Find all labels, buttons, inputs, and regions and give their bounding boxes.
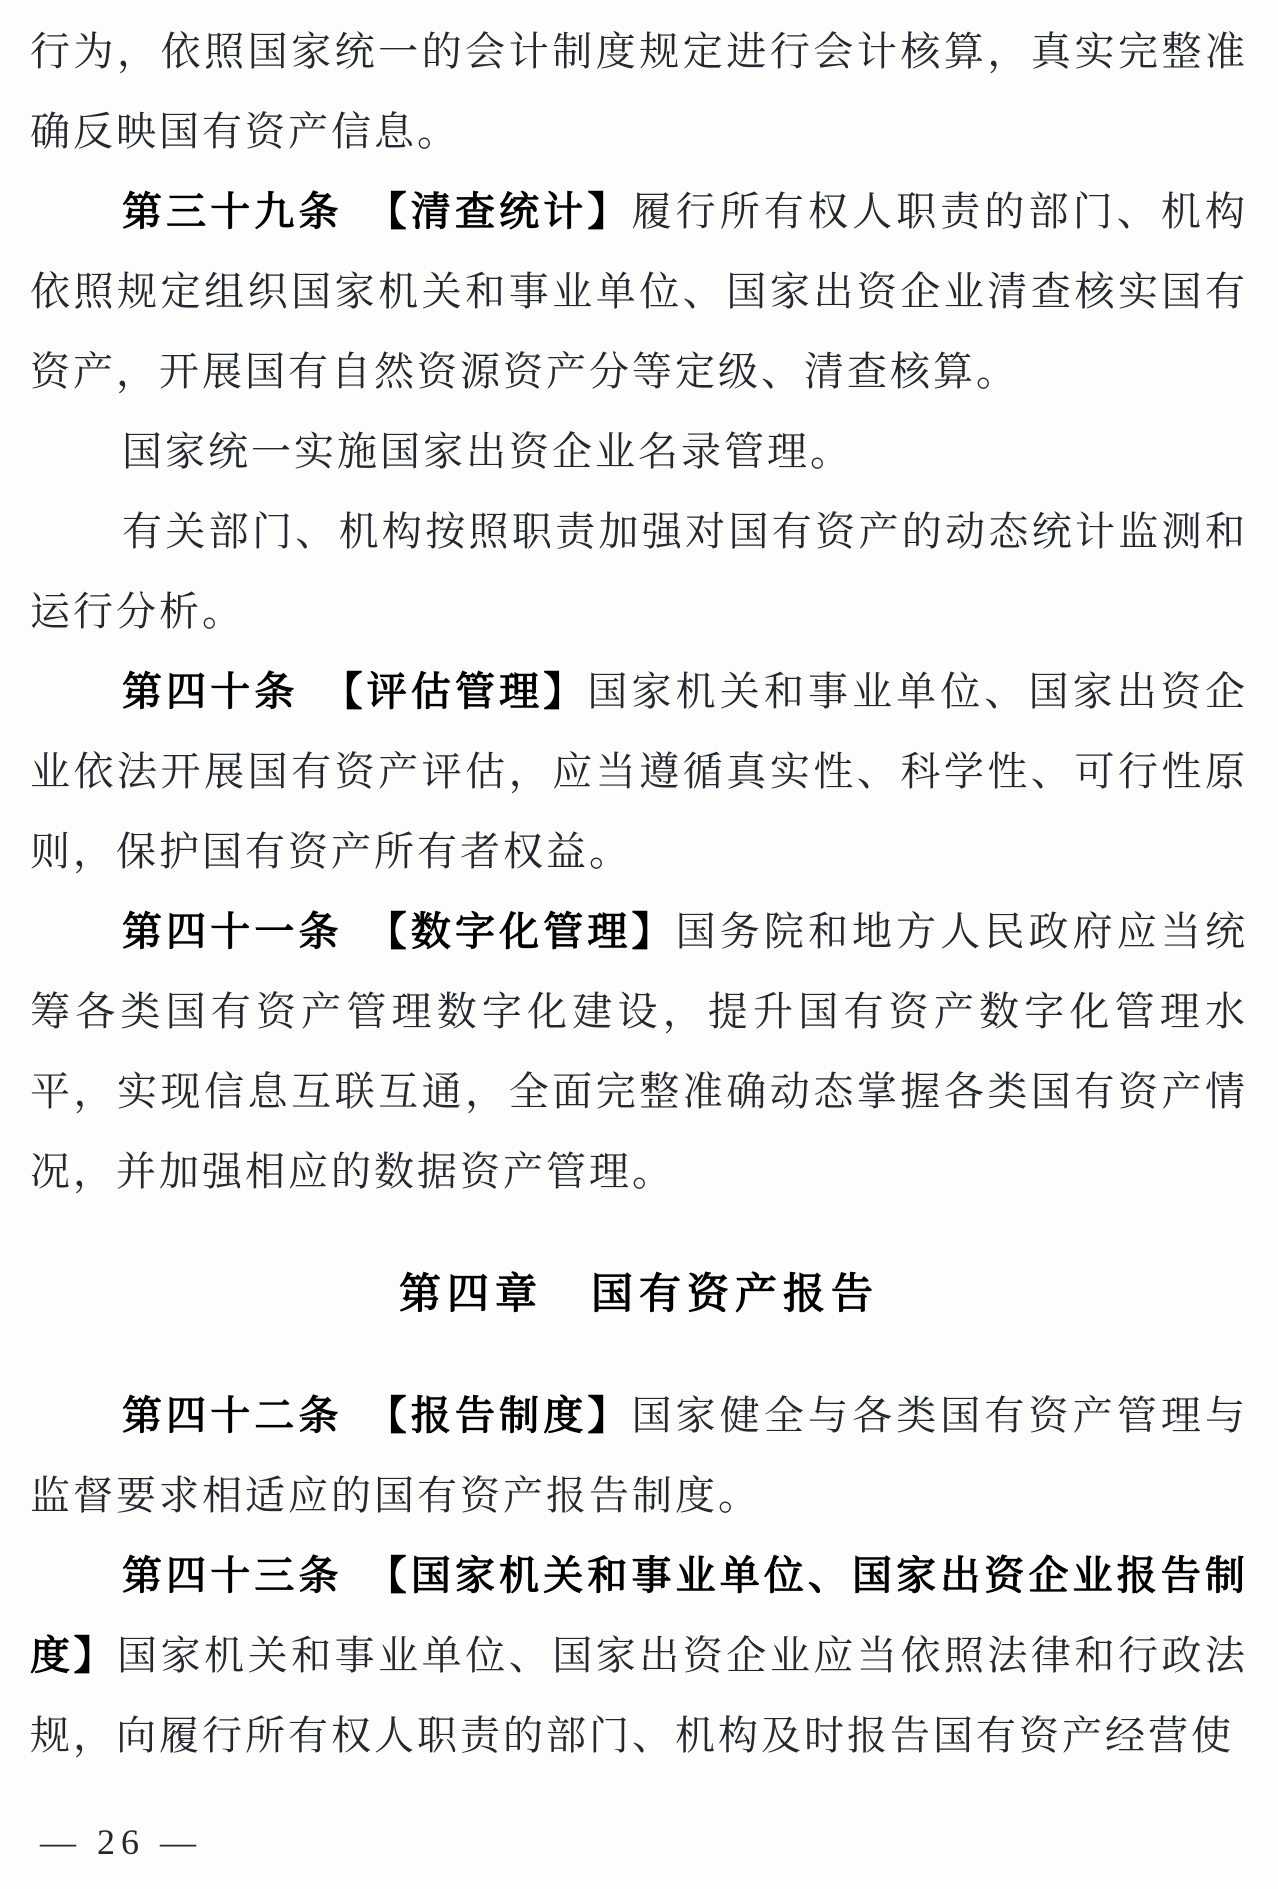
bold-text-segment: 【报告制度】 xyxy=(387,1394,632,1438)
document-page: 行为，依照国家统一的会计制度规定进行会计核算，真实完整准确反映国有资产信息。第三… xyxy=(0,0,1278,1889)
text-segment: 行为，依照国家统一的会计制度规定进行会计核算，真实完整准确反映国有资产信息。 xyxy=(30,29,1248,154)
text-segment xyxy=(343,1553,387,1598)
page-number: — 26 — xyxy=(40,1821,202,1863)
text-segment: 国家机关和事业单位、国家出资企业应当依照法律和行政法规，向履行所有权人职责的部门… xyxy=(30,1633,1248,1758)
bold-text-segment: 第四十二条 xyxy=(122,1394,343,1438)
chapter-heading: 第四章 国有资产报告 xyxy=(30,1254,1248,1334)
text-segment: 国家统一实施国家出资企业名录管理。 xyxy=(122,429,853,474)
paragraph: 第四十条 【评估管理】国家机关和事业单位、国家出资企业依法开展国有资产评估，应当… xyxy=(30,652,1248,892)
text-segment xyxy=(343,909,387,954)
bold-text-segment: 第四十一条 xyxy=(122,910,343,954)
bold-text-segment: 【清查统计】 xyxy=(387,190,632,234)
paragraph: 行为，依照国家统一的会计制度规定进行会计核算，真实完整准确反映国有资产信息。 xyxy=(30,12,1248,172)
bold-text-segment: 第四十三条 xyxy=(122,1554,343,1598)
paragraph: 第四十三条 【国家机关和事业单位、国家出资企业报告制度】国家机关和事业单位、国家… xyxy=(30,1536,1248,1776)
text-segment xyxy=(343,189,387,234)
text-segment: 有关部门、机构按照职责加强对国有资产的动态统计监测和运行分析。 xyxy=(30,509,1248,634)
paragraph: 国家统一实施国家出资企业名录管理。 xyxy=(30,412,1248,492)
document-body: 行为，依照国家统一的会计制度规定进行会计核算，真实完整准确反映国有资产信息。第三… xyxy=(30,12,1248,1776)
text-segment xyxy=(298,669,342,714)
paragraph: 有关部门、机构按照职责加强对国有资产的动态统计监测和运行分析。 xyxy=(30,492,1248,652)
bold-text-segment: 第三十九条 xyxy=(122,190,343,234)
paragraph: 第四十一条 【数字化管理】国务院和地方人民政府应当统筹各类国有资产管理数字化建设… xyxy=(30,892,1248,1212)
bold-text-segment: 【数字化管理】 xyxy=(387,910,676,954)
bold-text-segment: 第四章 国有资产报告 xyxy=(399,1270,879,1317)
bold-text-segment: 第四十条 xyxy=(122,670,298,714)
paragraph: 第四十二条 【报告制度】国家健全与各类国有资产管理与监督要求相适应的国有资产报告… xyxy=(30,1376,1248,1536)
paragraph: 第三十九条 【清查统计】履行所有权人职责的部门、机构依照规定组织国家机关和事业单… xyxy=(30,172,1248,412)
bold-text-segment: 【评估管理】 xyxy=(343,670,588,714)
text-segment xyxy=(343,1393,387,1438)
